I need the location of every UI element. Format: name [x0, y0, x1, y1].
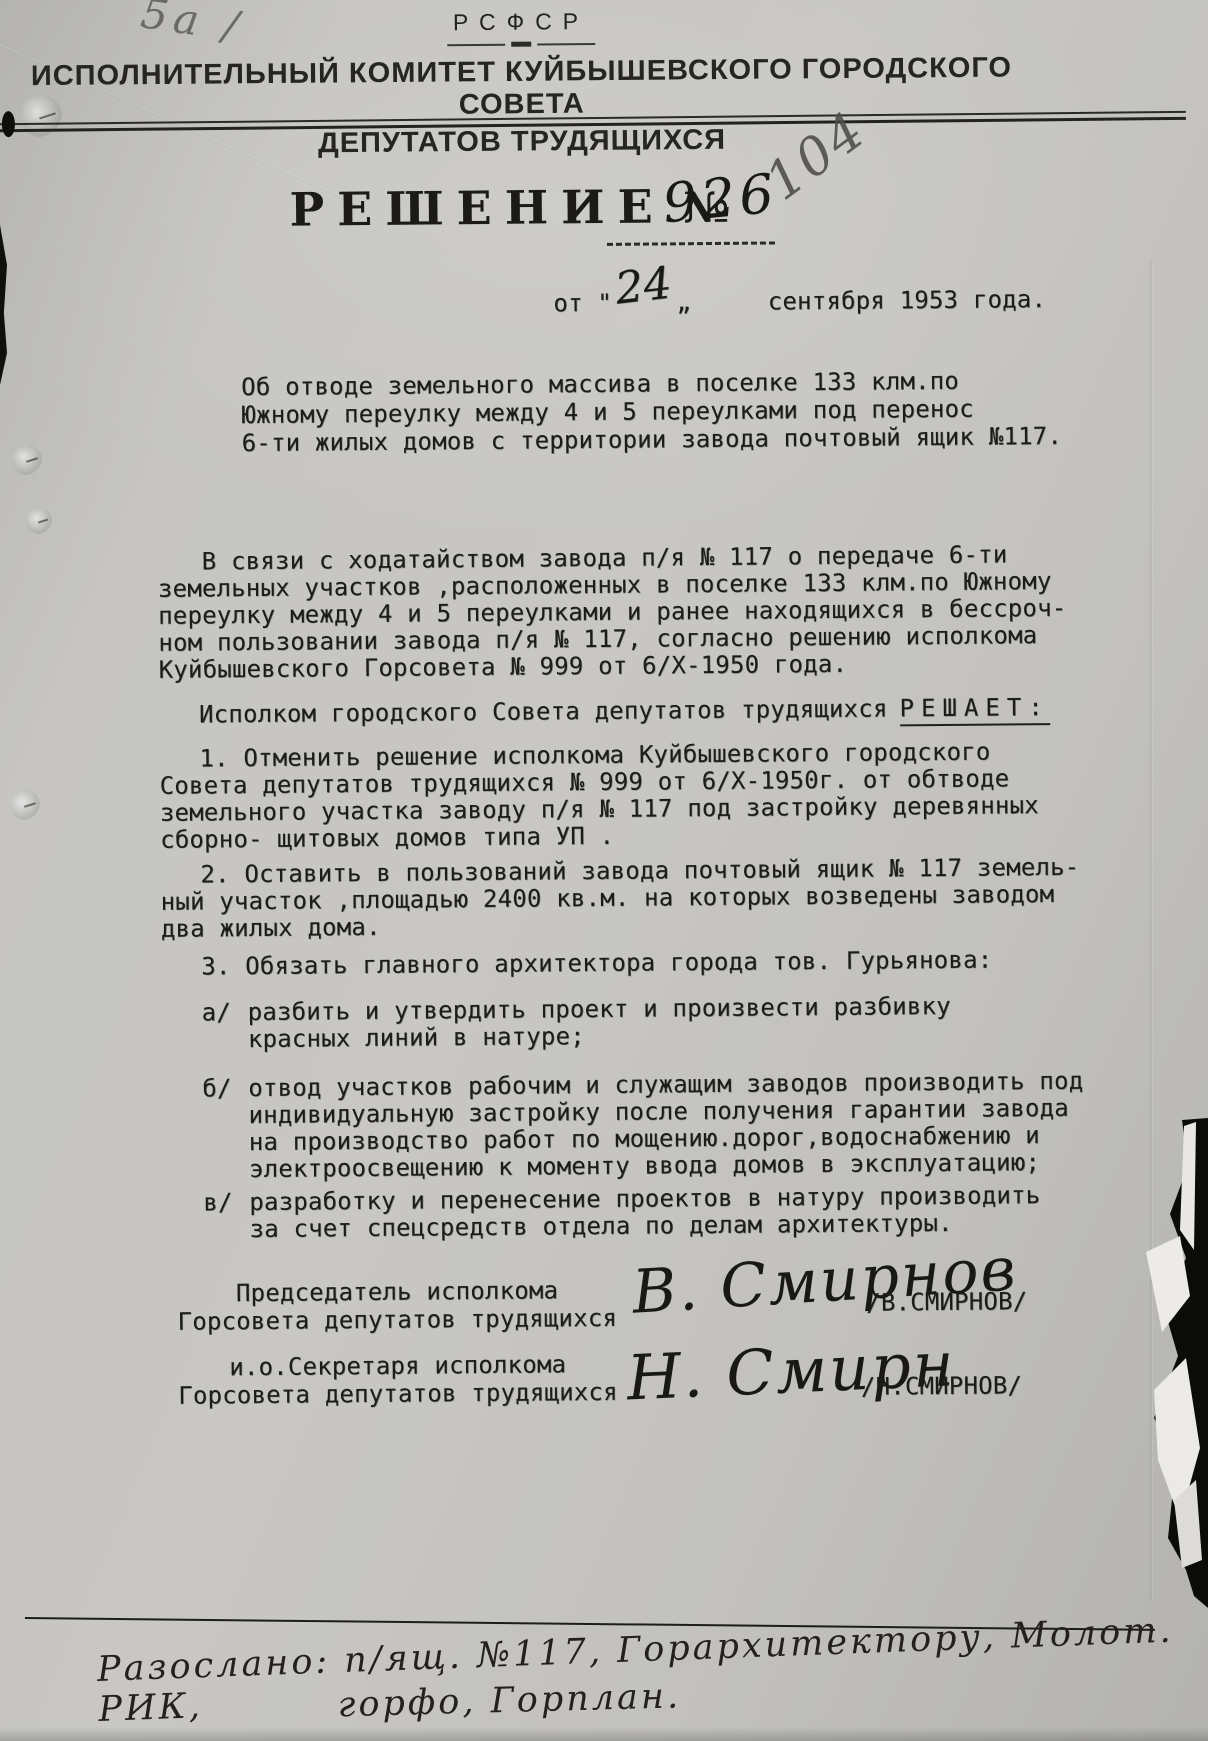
subitem-v-marker: в/ [203, 1189, 249, 1243]
resolve-intro: Исполком городского Совета депутатов тру… [199, 694, 888, 728]
date-day-handwritten: 24 [614, 270, 673, 303]
date-line: от "24„ сентября 1953 года. [553, 279, 1046, 317]
date-rest: сентября 1953 года. [768, 285, 1047, 315]
resolve-line: Исполком городского Совета депутатов тру… [199, 694, 1050, 728]
bottom-scan-shadow [0, 1727, 1208, 1741]
signature2-typed-name: /Н.СМИРНОВ/ [861, 1372, 1022, 1400]
subitem-b-marker: б/ [202, 1075, 249, 1183]
subitem-b-text: отвод участков рабочим и служащим заводо… [248, 1068, 1084, 1183]
decision-item-2: 2. Оставить в пользований завода почтовы… [160, 853, 1141, 943]
preamble-paragraph: В связи с ходатайством завода п/я № 117 … [158, 540, 1119, 683]
title-word: РЕШЕНИЕ [289, 179, 665, 236]
decision-item-1: 1. Отменить решение исполкома Куйбышевск… [159, 737, 1120, 853]
signature2-autograph: Н. Смирн [625, 1327, 957, 1414]
resolve-word: РЕШАЕТ: [899, 693, 1049, 726]
subject-paragraph: Об отводе земельного массива в поселке 1… [241, 366, 1062, 457]
subitem-b: б/ отвод участков рабочим и служащим зав… [202, 1068, 1084, 1184]
subitem-a-text: разбить и утвердить проект и произвести … [248, 993, 952, 1053]
subitem-a: а/ разбить и утвердить проект и произвес… [202, 993, 952, 1054]
date-quote-open: " [597, 289, 612, 317]
subitem-v-text: разработку и перенесение проектов в нату… [249, 1182, 1041, 1243]
decision-item-3: 3. Обязать главного архитектора города т… [161, 946, 1061, 981]
ink-blob [2, 111, 15, 137]
decision-number-handwritten: 926 [660, 162, 781, 236]
document-content: РСФСР ИСПОЛНИТЕЛЬНЫЙ КОМИТЕТ КУЙБЫШЕВСКО… [0, 0, 1208, 1741]
subitem-v: в/ разработку и перенесение проектов в н… [203, 1182, 1041, 1243]
subitem-a-marker: а/ [202, 999, 248, 1053]
number-underline [607, 241, 775, 245]
ornament-dash-left [447, 43, 505, 46]
scanned-document: РСФСР ИСПОЛНИТЕЛЬНЫЙ КОМИТЕТ КУЙБЫШЕВСКО… [0, 0, 1208, 1741]
distribution-line2: горфо, Горплан. [337, 1676, 681, 1725]
signature1-title: Председатель исполкома Горсовета депутат… [162, 1276, 632, 1336]
ornament-core [511, 42, 531, 47]
ornament-dash-right [537, 43, 595, 46]
date-prefix: от [553, 289, 583, 317]
signature2-title: и.о.Секретаря исполкома Горсовета депута… [163, 1350, 633, 1410]
torn-edge [1128, 1118, 1208, 1608]
date-quote-close: „ [676, 288, 691, 316]
signature1-typed-name: /В.СМИРНОВ/ [866, 1288, 1027, 1316]
